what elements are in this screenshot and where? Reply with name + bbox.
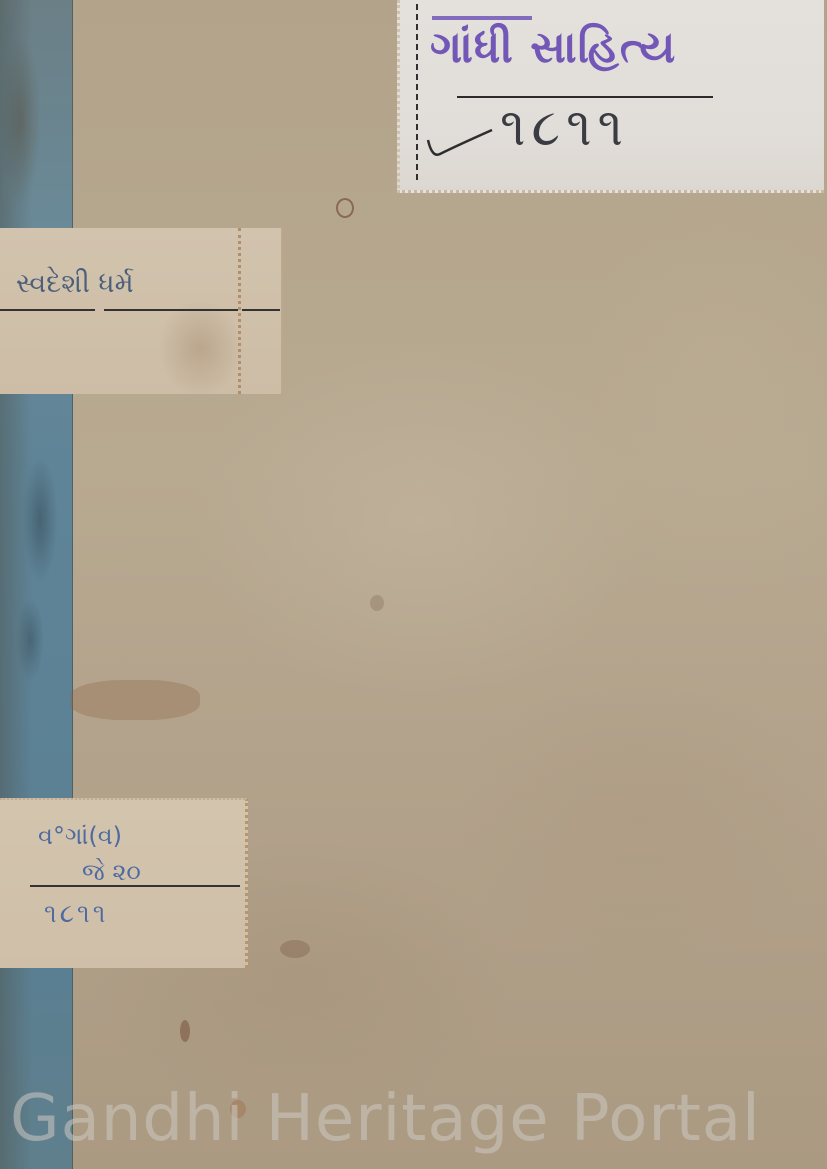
stain-mark — [280, 940, 310, 958]
stamp-border — [432, 16, 532, 20]
check-mark-icon — [426, 128, 496, 158]
stain-mark — [336, 198, 354, 218]
perforation-line — [416, 4, 418, 180]
library-stamp-label: ગાંધી સાહિત્ય ૧૮૧૧ — [397, 0, 824, 193]
cloth-spine — [0, 0, 73, 1169]
stain-mark — [180, 1020, 190, 1042]
label-torn-edge — [238, 228, 247, 394]
label-rule — [0, 309, 280, 311]
call-number-class: વ°ગાં(વ) — [38, 822, 122, 850]
label-rule — [30, 885, 240, 887]
accession-number: ૧૮૧૧ — [44, 899, 109, 930]
book-cover: ગાંધી સાહિત્ય ૧૮૧૧ સ્વદેશી ધર્મ વ°ગાં(વ)… — [0, 0, 827, 1169]
book-title: સ્વદેશી ધર્મ — [16, 268, 134, 300]
stain-mark — [370, 595, 384, 611]
library-stamp-text: ગાંધી સાહિત્ય — [430, 22, 676, 73]
call-number-label: વ°ગાં(વ) જે ૨૦ ૧૮૧૧ — [0, 798, 248, 968]
watermark: Gandhi Heritage Portal — [10, 1082, 820, 1156]
title-label: સ્વદેશી ધર્મ — [0, 228, 283, 394]
stain-mark — [70, 680, 200, 720]
accession-number: ૧૮૧૧ — [500, 98, 629, 159]
call-number-cutter: જે ૨૦ — [82, 858, 141, 886]
